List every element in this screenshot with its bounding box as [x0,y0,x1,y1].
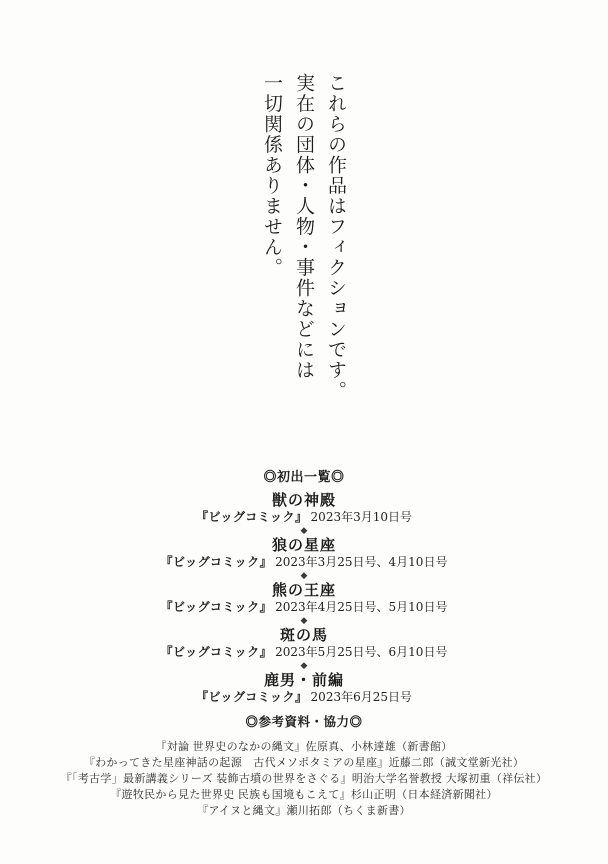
reference-item: 『アイヌと縄文』瀬川拓郎（ちくま新書） [0,803,608,819]
reference-item: 『対論 世界史のなかの縄文』佐原真、小林達雄（新書館） [0,739,608,755]
reference-item: 『遊牧民から見た世界史 民族も国境もこえて』杉山正明（日本経済新聞社） [0,787,608,803]
work-title: 獣の神殿 [0,491,608,510]
references-heading: ◎参考資料・協力◎ [0,714,608,730]
magazine-name: 『ビッグコミック』 [161,600,273,614]
disclaimer-line: 一切関係ありません。 [256,73,288,413]
references-list: 『対論 世界史のなかの縄文』佐原真、小林達雄（新書館）『わかってきた星座神話の起… [0,739,608,819]
issue-dates: 2023年4月25日号、5月10日号 [275,600,447,614]
issue-dates: 2023年3月10日号 [311,510,412,524]
diamond-separator-icon: ◆ [0,570,608,581]
magazine-name: 『ビッグコミック』 [196,510,308,524]
disclaimer-line: 実在の団体・人物・事件などには [288,73,320,413]
diamond-separator-icon: ◆ [0,660,608,671]
work-publication-date: 『ビッグコミック』2023年6月25日号 [0,690,608,705]
work-title: 鹿男・前編 [0,671,608,690]
reference-item: 『「考古学」最新講義シリーズ 装飾古墳の世界をさぐる』明治大学名誉教授 大塚初重… [0,771,608,787]
work-title: 狼の星座 [0,536,608,555]
magazine-name: 『ビッグコミック』 [161,555,273,569]
diamond-separator-icon: ◆ [0,525,608,536]
work-publication-date: 『ビッグコミック』2023年5月25日号、6月10日号 [0,645,608,660]
work-publication-date: 『ビッグコミック』2023年3月25日号、4月10日号 [0,555,608,570]
book-colophon-page: これらの作品はフィクションです。実在の団体・人物・事件などには一切関係ありません… [0,0,608,864]
diamond-separator-icon: ◆ [0,615,608,626]
magazine-name: 『ビッグコミック』 [161,645,273,659]
work-title: 斑の馬 [0,626,608,645]
work-title: 熊の王座 [0,581,608,600]
fiction-disclaimer-vertical-text: これらの作品はフィクションです。実在の団体・人物・事件などには一切関係ありません… [252,73,352,413]
first-publication-section: ◎初出一覧◎ 獣の神殿『ビッグコミック』2023年3月10日号◆狼の星座『ビッグ… [0,468,608,705]
first-publication-heading: ◎初出一覧◎ [0,468,608,486]
work-publication-date: 『ビッグコミック』2023年3月10日号 [0,510,608,525]
issue-dates: 2023年5月25日号、6月10日号 [275,645,447,659]
disclaimer-line: これらの作品はフィクションです。 [320,73,352,413]
issue-dates: 2023年6月25日号 [311,690,412,704]
reference-item: 『わかってきた星座神話の起源 古代メソポタミアの星座』近藤二郎（誠文堂新光社） [0,755,608,771]
references-section: ◎参考資料・協力◎ 『対論 世界史のなかの縄文』佐原真、小林達雄（新書館）『わか… [0,714,608,819]
issue-dates: 2023年3月25日号、4月10日号 [275,555,447,569]
work-publication-date: 『ビッグコミック』2023年4月25日号、5月10日号 [0,600,608,615]
works-list: 獣の神殿『ビッグコミック』2023年3月10日号◆狼の星座『ビッグコミック』20… [0,491,608,705]
magazine-name: 『ビッグコミック』 [196,690,308,704]
